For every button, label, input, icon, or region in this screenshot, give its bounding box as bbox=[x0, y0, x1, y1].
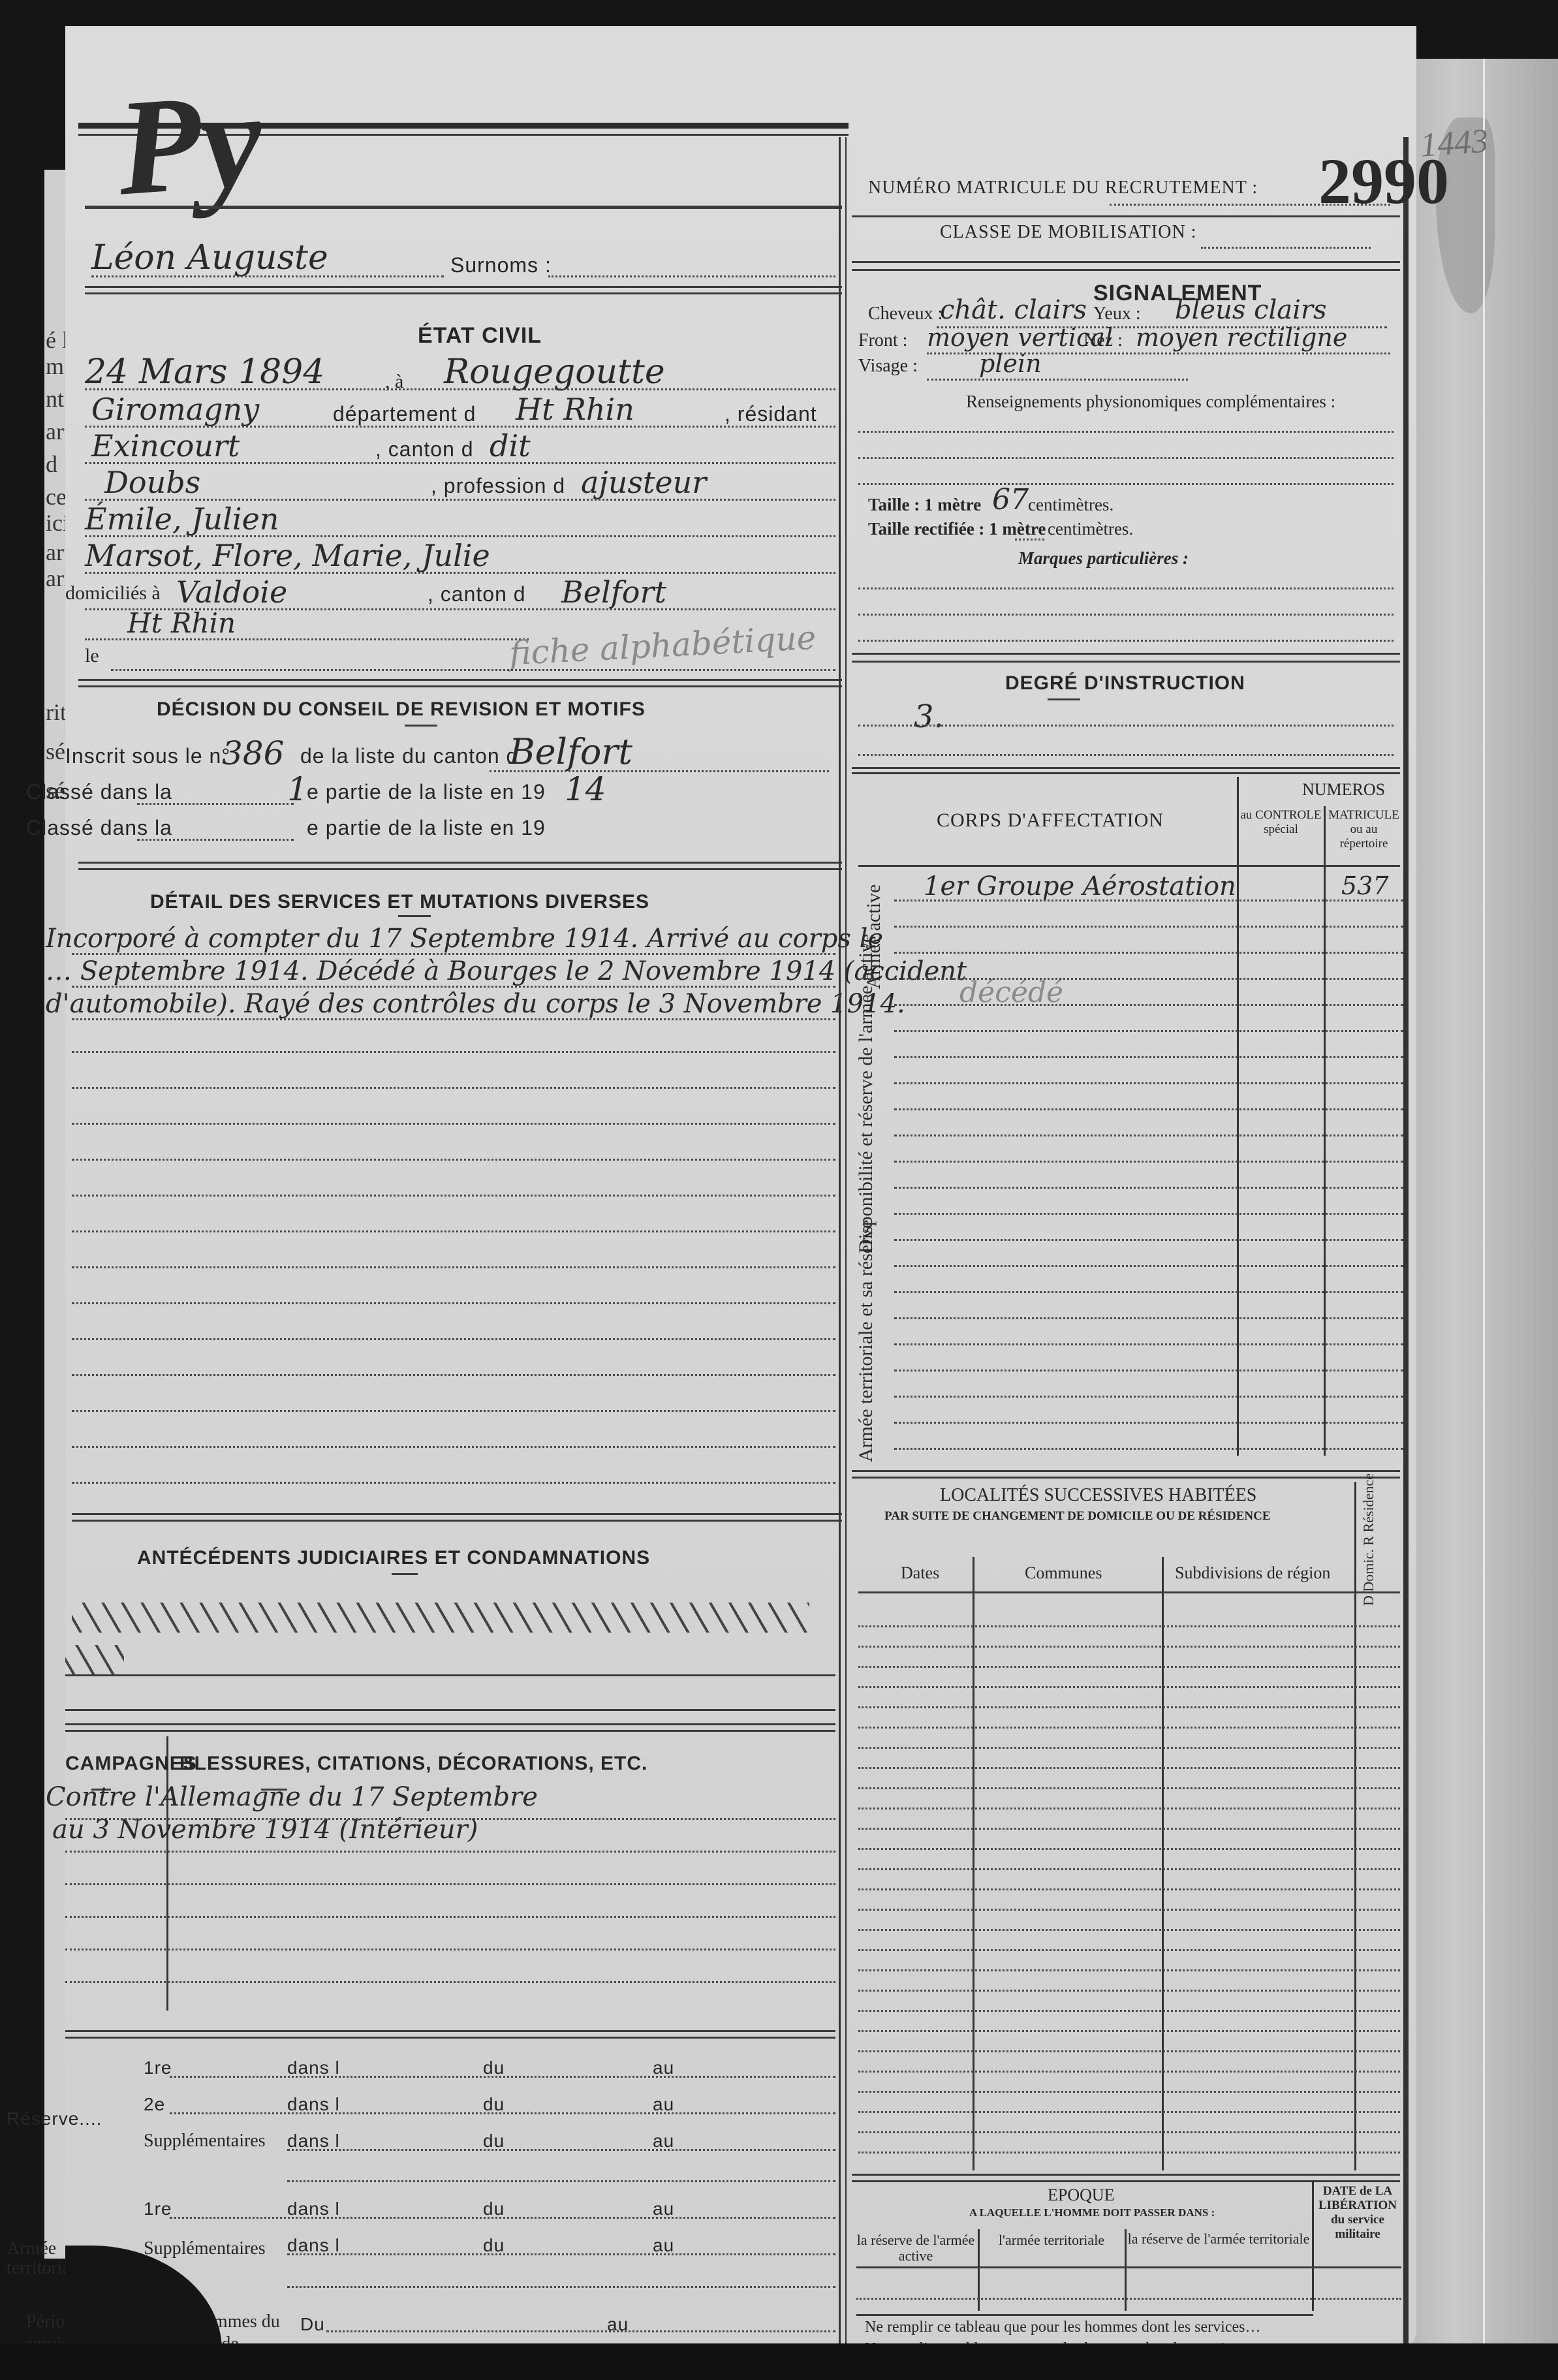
matricule-number: 2990 bbox=[1318, 144, 1449, 219]
yeux-value: bleus clairs bbox=[1175, 295, 1327, 325]
title-dash bbox=[405, 725, 437, 727]
period-ord-supp: Supplémentaires bbox=[144, 2239, 241, 2259]
form-line bbox=[894, 1004, 1403, 1006]
le-label: le bbox=[85, 645, 99, 667]
form-line bbox=[287, 2286, 835, 2288]
form-line bbox=[858, 2091, 1400, 2093]
form-line bbox=[858, 431, 1394, 433]
title-dash bbox=[1048, 698, 1080, 700]
form-line bbox=[170, 2217, 835, 2219]
form-line bbox=[170, 2076, 835, 2078]
services-line-2: … Septembre 1914. Décédé à Bourges le 2 … bbox=[46, 956, 967, 986]
section-rule bbox=[852, 2174, 1400, 2176]
form-line bbox=[858, 1808, 1400, 1809]
form-line bbox=[137, 803, 294, 805]
partie-label: e partie de la liste en 19 bbox=[307, 780, 546, 804]
form-line bbox=[894, 1187, 1403, 1189]
parents-canton: Belfort bbox=[561, 574, 666, 610]
section-rule bbox=[72, 1513, 842, 1515]
form-line bbox=[858, 1787, 1400, 1789]
liste-canton-label: de la liste du canton d bbox=[300, 744, 518, 768]
epoque-col-reserve-territoriale: la réserve de l'armée territoriale bbox=[1127, 2231, 1310, 2247]
form-line bbox=[72, 1230, 835, 1232]
section-rule bbox=[85, 292, 842, 294]
form-line bbox=[858, 1949, 1400, 1951]
birth-place: Rougegoutte bbox=[444, 352, 665, 392]
residence-departement: Doubs bbox=[104, 465, 200, 500]
margin-fragment: nt bbox=[46, 385, 64, 413]
column-divider bbox=[1162, 1557, 1164, 2170]
form-line bbox=[894, 1422, 1403, 1424]
nez-label: Nez : bbox=[1083, 330, 1123, 351]
surnoms-label: Surnoms : bbox=[450, 253, 552, 277]
form-line bbox=[65, 1883, 835, 1885]
parents-place: Valdoie bbox=[176, 574, 287, 610]
form-line bbox=[894, 1343, 1403, 1345]
col-matricule: MATRICULE ou au répertoire bbox=[1326, 808, 1401, 851]
campagnes-title: CAMPAGNES bbox=[65, 1753, 197, 1775]
form-line bbox=[858, 640, 1394, 642]
section-rule bbox=[65, 1723, 835, 1725]
form-line bbox=[65, 1981, 835, 1983]
form-line bbox=[85, 572, 835, 574]
form-line bbox=[72, 1482, 835, 1484]
taille-rectifiee-label: Taille rectifiée : 1 mètre bbox=[868, 519, 1046, 539]
corps-matricule-entry: 537 bbox=[1341, 871, 1389, 900]
form-line bbox=[1201, 247, 1371, 249]
inscrit-label: Inscrit sous le n° bbox=[65, 744, 230, 768]
form-line bbox=[858, 1848, 1400, 1850]
centimetres-label: centimètres. bbox=[1028, 495, 1114, 515]
form-line bbox=[287, 2149, 835, 2151]
form-line bbox=[894, 1317, 1403, 1319]
speciales-du: Du bbox=[300, 2314, 325, 2335]
scan-bottom-edge bbox=[0, 2343, 1558, 2380]
form-line bbox=[85, 535, 835, 537]
form-line bbox=[858, 1727, 1400, 1729]
domicilies-label: domiciliés à bbox=[65, 582, 161, 604]
section-rule bbox=[852, 661, 1400, 663]
margin-fragment: ce bbox=[46, 483, 67, 510]
col-domicile-residence: D Domic. R Résidence bbox=[1361, 1495, 1377, 1606]
form-line bbox=[65, 1709, 835, 1711]
epoque-subtitle: A LAQUELLE L'HOMME DOIT PASSER DANS : bbox=[969, 2206, 1215, 2219]
form-line bbox=[858, 1666, 1400, 1668]
section-rule bbox=[65, 2037, 835, 2039]
form-line bbox=[72, 1087, 835, 1089]
form-line bbox=[894, 1291, 1403, 1293]
form-line bbox=[72, 1159, 835, 1161]
section-territoriale: Armée territoriale et sa réserve bbox=[855, 1299, 877, 1462]
residence: Exincourt bbox=[91, 428, 240, 463]
form-line bbox=[858, 1625, 1400, 1627]
matricule-label: NUMÉRO MATRICULE DU RECRUTEMENT : bbox=[868, 178, 1258, 198]
section-rule bbox=[856, 2314, 1313, 2316]
title-dash bbox=[392, 1573, 418, 1575]
column-divider bbox=[839, 137, 841, 2343]
form-line bbox=[858, 1868, 1400, 1870]
prenoms-line bbox=[91, 275, 444, 277]
localites-title: LOCALITÉS SUCCESSIVES HABITÉES bbox=[940, 1485, 1256, 1506]
form-line bbox=[894, 1161, 1403, 1163]
cheveux-value: chât. clairs bbox=[940, 295, 1087, 325]
taille-label: Taille : 1 mètre bbox=[868, 495, 981, 515]
form-line bbox=[894, 1396, 1403, 1398]
period-ord: 2e bbox=[144, 2094, 165, 2115]
form-line bbox=[65, 1818, 835, 1820]
blessures-title: BLESSURES, CITATIONS, DÉCORATIONS, ETC. bbox=[179, 1753, 647, 1775]
header-rule bbox=[858, 1591, 1400, 1593]
form-line bbox=[858, 1888, 1400, 1890]
form-line bbox=[894, 1213, 1403, 1215]
struck-through-entry bbox=[65, 1645, 124, 1675]
form-line bbox=[858, 725, 1394, 727]
margin-fragment: m bbox=[46, 352, 64, 380]
form-line bbox=[85, 462, 835, 464]
canton2-label: , canton d bbox=[428, 582, 526, 606]
form-line bbox=[858, 1828, 1400, 1830]
form-line bbox=[858, 1646, 1400, 1648]
section-rule bbox=[852, 1477, 1400, 1479]
corps-title: CORPS D'AFFECTATION bbox=[937, 809, 1164, 832]
form-line bbox=[894, 1239, 1403, 1241]
form-line bbox=[85, 499, 835, 501]
form-line bbox=[85, 388, 835, 390]
form-line bbox=[858, 1969, 1400, 1971]
form-line bbox=[856, 2298, 1401, 2300]
form-line bbox=[858, 1990, 1400, 1992]
epoque-col-reserve-active: la réserve de l'armée active bbox=[856, 2232, 975, 2264]
col-dates: Dates bbox=[901, 1563, 939, 1583]
form-line bbox=[858, 2010, 1400, 2012]
classe-label: Classé dans la bbox=[26, 780, 172, 804]
page-fold bbox=[1483, 59, 1485, 2380]
form-line bbox=[894, 1265, 1403, 1267]
form-line bbox=[858, 1706, 1400, 1708]
form-line bbox=[72, 1302, 835, 1304]
margin-fragment: rit bbox=[46, 698, 67, 726]
col-subdivisions: Subdivisions de région bbox=[1175, 1563, 1330, 1583]
column-divider bbox=[1237, 777, 1239, 1456]
form-line bbox=[72, 1338, 835, 1340]
form-line bbox=[137, 839, 294, 841]
period-ord: 1re bbox=[144, 2199, 172, 2219]
form-line bbox=[894, 1056, 1403, 1058]
form-line bbox=[858, 2111, 1400, 2113]
header-rule bbox=[858, 865, 1400, 867]
form-line bbox=[894, 952, 1403, 954]
instruction-title: DEGRÉ D'INSTRUCTION bbox=[1005, 672, 1245, 695]
struck-through-entry bbox=[72, 1603, 809, 1633]
period-ord-supp: Supplémentaires bbox=[144, 2131, 241, 2151]
column-divider bbox=[1354, 1482, 1356, 2170]
form-line bbox=[858, 1929, 1400, 1931]
col-communes: Communes bbox=[1025, 1563, 1102, 1583]
date-liberation-header: DATE de LA LIBÉRATION du service militai… bbox=[1315, 2184, 1400, 2242]
form-line bbox=[927, 379, 1188, 381]
form-line bbox=[111, 669, 835, 671]
mother-name: Marsot, Flore, Marie, Julie bbox=[85, 538, 490, 573]
classe-mobilisation-label: CLASSE DE MOBILISATION : bbox=[940, 222, 1196, 243]
adjacent-page-strip: 1443 bbox=[1410, 59, 1558, 2380]
territoriale-label: Armée territoriale... bbox=[7, 2239, 98, 2278]
decision-title: DÉCISION DU CONSEIL DE REVISION ET MOTIF… bbox=[157, 698, 646, 721]
section-rule bbox=[852, 269, 1400, 271]
section-rule bbox=[852, 1470, 1400, 1472]
form-line bbox=[894, 900, 1403, 901]
services-title: DÉTAIL DES SERVICES ET MUTATIONS DIVERSE… bbox=[150, 891, 649, 913]
form-line bbox=[858, 2030, 1400, 2032]
section-rule bbox=[85, 286, 842, 288]
form-line bbox=[287, 2180, 835, 2182]
form-line bbox=[65, 1949, 835, 1950]
centimetres-label: centimètres. bbox=[1048, 519, 1133, 539]
liste-number: 386 bbox=[222, 734, 284, 772]
form-line bbox=[72, 1446, 835, 1448]
localites-subtitle: PAR SUITE DE CHANGEMENT DE DOMICILE OU D… bbox=[884, 1509, 1271, 1524]
numeros-title: NUMEROS bbox=[1302, 780, 1385, 800]
form-line bbox=[894, 978, 1403, 980]
register-page: Py Léon Auguste Surnoms : ÉTAT CIVIL 24 … bbox=[65, 26, 1416, 2350]
corps-entry: 1er Groupe Aérostation bbox=[924, 871, 1236, 901]
form-line bbox=[65, 1851, 835, 1853]
birth-date: 24 Mars 1894 bbox=[85, 352, 324, 392]
col-controle-special: au CONTROLE spécial bbox=[1240, 808, 1322, 837]
form-line bbox=[326, 2330, 835, 2332]
form-line bbox=[858, 2131, 1400, 2133]
partie-1: 1 bbox=[287, 770, 308, 808]
instruction-value: 3. bbox=[914, 698, 944, 735]
form-line bbox=[72, 1195, 835, 1197]
form-line bbox=[858, 1767, 1400, 1769]
parents-departement: Ht Rhin bbox=[127, 607, 236, 639]
father-name: Émile, Julien bbox=[85, 501, 279, 537]
header-rule bbox=[856, 2266, 1401, 2268]
departement-label: département d bbox=[333, 402, 476, 426]
form-line bbox=[65, 1674, 835, 1676]
form-line bbox=[72, 1374, 835, 1376]
liste-year: 14 bbox=[565, 770, 606, 808]
section-rule bbox=[78, 868, 842, 870]
form-line bbox=[72, 953, 835, 955]
antecedents-title: ANTÉCÉDENTS JUDICIAIRES ET CONDAMNATIONS bbox=[137, 1547, 650, 1569]
form-line bbox=[170, 2112, 835, 2114]
form-line bbox=[65, 1916, 835, 1918]
form-line bbox=[858, 2152, 1400, 2153]
decision-canton: Belfort bbox=[509, 731, 632, 772]
renseignements-label: Renseignements physionomiques complément… bbox=[966, 392, 1335, 412]
form-line bbox=[858, 483, 1394, 485]
yeux-label: Yeux : bbox=[1093, 304, 1141, 324]
footer-instruction: Ne remplir ce tableau que pour les homme… bbox=[865, 2319, 1260, 2336]
services-line-3: d'automobile). Rayé des contrôles du cor… bbox=[46, 989, 905, 1019]
form-line bbox=[858, 587, 1394, 589]
form-line bbox=[1015, 539, 1044, 540]
visage-label: Visage : bbox=[858, 356, 918, 377]
form-line bbox=[858, 2071, 1400, 2073]
column-divider bbox=[845, 137, 847, 2343]
surname-initials: Py bbox=[112, 61, 268, 228]
prenoms-value: Léon Auguste bbox=[91, 238, 328, 277]
section-rule bbox=[852, 261, 1400, 263]
epoque-col-territoriale: l'armée territoriale bbox=[980, 2232, 1123, 2248]
margin-fragment: sé bbox=[46, 738, 65, 765]
section-rule bbox=[852, 2180, 1400, 2182]
section-rule bbox=[852, 653, 1400, 655]
form-line bbox=[858, 1747, 1400, 1749]
form-line bbox=[894, 1082, 1403, 1084]
form-line bbox=[72, 986, 835, 988]
residant-label: , résidant bbox=[724, 402, 817, 426]
form-line bbox=[72, 1051, 835, 1053]
form-line bbox=[72, 1123, 835, 1125]
column-divider bbox=[973, 1557, 974, 2170]
profession-label: , profession d bbox=[431, 474, 565, 498]
section-rule bbox=[65, 2030, 835, 2032]
visage-value: plein bbox=[979, 349, 1042, 378]
name-rule bbox=[85, 206, 842, 209]
column-divider bbox=[1312, 2180, 1314, 2311]
form-line bbox=[894, 1030, 1403, 1032]
section-rule bbox=[78, 685, 842, 687]
form-line bbox=[1110, 204, 1390, 206]
title-dash bbox=[398, 915, 431, 917]
section-rule bbox=[78, 862, 842, 864]
form-line bbox=[894, 1108, 1403, 1110]
form-line bbox=[858, 2050, 1400, 2052]
form-line bbox=[858, 457, 1394, 459]
partie-label-2: e partie de la liste en 19 bbox=[307, 816, 546, 840]
reserve-label: Réserve.... bbox=[7, 2108, 102, 2129]
birth-canton: Giromagny bbox=[91, 392, 259, 427]
section-rule bbox=[852, 767, 1400, 769]
section-rule bbox=[852, 215, 1400, 217]
form-line bbox=[858, 1686, 1400, 1688]
form-line bbox=[85, 426, 835, 428]
section-rule bbox=[852, 772, 1400, 774]
right-border bbox=[1403, 137, 1409, 2343]
taille-value: 67 bbox=[992, 483, 1029, 516]
form-line bbox=[858, 614, 1394, 616]
form-line bbox=[72, 1410, 835, 1412]
section-rule bbox=[65, 1730, 835, 1732]
form-line bbox=[287, 2253, 835, 2255]
etat-civil-title: ÉTAT CIVIL bbox=[418, 323, 542, 349]
form-line bbox=[894, 1448, 1403, 1450]
profession: ajusteur bbox=[581, 465, 706, 500]
campagnes-line-1: Contre l'Allemagne du 17 Septembre bbox=[46, 1782, 538, 1812]
column-divider bbox=[166, 1736, 168, 2011]
form-line bbox=[85, 638, 529, 640]
form-line bbox=[858, 754, 1394, 756]
residence-canton: dit bbox=[490, 428, 531, 463]
birth-departement: Ht Rhin bbox=[516, 392, 634, 427]
nez-value: moyen rectiligne bbox=[1136, 323, 1347, 352]
form-line bbox=[894, 926, 1403, 928]
period-ord: 1re bbox=[144, 2058, 172, 2078]
cheveux-label: Cheveux : bbox=[868, 304, 943, 324]
form-line bbox=[894, 1370, 1403, 1371]
canton-label: , canton d bbox=[375, 437, 474, 462]
form-line bbox=[858, 1909, 1400, 1911]
marques-label: Marques particulières : bbox=[1018, 548, 1189, 569]
form-line bbox=[490, 770, 829, 772]
form-line bbox=[894, 1135, 1403, 1136]
classe-label-2: Classé dans la bbox=[26, 816, 172, 840]
services-line-1: Incorporé à compter du 17 Septembre 1914… bbox=[46, 924, 883, 954]
form-line bbox=[72, 1266, 835, 1268]
front-label: Front : bbox=[858, 330, 907, 351]
surnoms-line bbox=[548, 275, 835, 277]
form-line bbox=[72, 1018, 835, 1020]
epoque-title: EPOQUE bbox=[1048, 2185, 1115, 2205]
margin-fragment: d bbox=[46, 450, 57, 478]
section-rule bbox=[72, 1520, 842, 1522]
column-divider bbox=[1324, 806, 1326, 1456]
fiche-alphabetique-note: fiche alphabétique bbox=[508, 619, 817, 673]
section-rule bbox=[78, 679, 842, 681]
